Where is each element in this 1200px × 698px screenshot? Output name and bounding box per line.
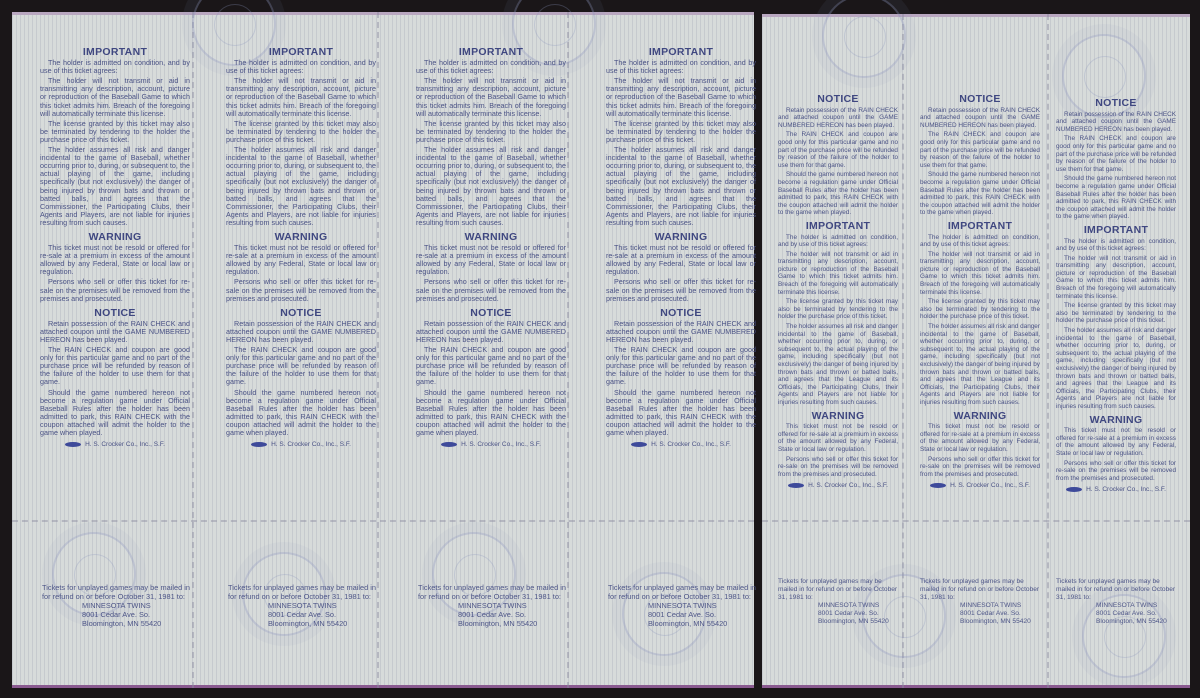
important-heading: IMPORTANT (416, 48, 566, 56)
warning-heading: WARNING (40, 233, 190, 241)
important-paragraph: The holder is admitted on condition, and… (416, 59, 566, 75)
important-section: IMPORTANT The holder is admitted on cond… (40, 48, 190, 227)
printer-imprint-text: H. S. Crocker Co., Inc., S.F. (808, 482, 888, 489)
crocker-logo-icon (65, 442, 81, 447)
printer-imprint: H. S. Crocker Co., Inc., S.F. (1056, 486, 1176, 494)
ticket-stub-text: IMPORTANT The holder is admitted on cond… (416, 46, 566, 453)
notice-paragraph: The RAIN CHECK and coupon are good only … (416, 346, 566, 386)
notice-paragraph: Should the game numbered hereon not beco… (606, 389, 756, 438)
important-paragraph: The holder will not transmit or aid in t… (606, 77, 756, 117)
warning-heading: WARNING (778, 413, 898, 421)
printer-imprint-text: H. S. Crocker Co., Inc., S.F. (950, 482, 1030, 489)
notice-heading: NOTICE (1056, 100, 1176, 108)
crocker-seal-icon (822, 0, 906, 78)
notice-paragraph: Retain possession of the RAIN CHECK and … (40, 320, 190, 344)
refund-team: MINNESOTA TWINS (228, 601, 378, 610)
crocker-logo-icon (441, 442, 457, 447)
notice-heading: NOTICE (416, 309, 566, 317)
ticket-stub-refund: Tickets for unplayed games may be mailed… (228, 583, 378, 628)
important-paragraph: The license granted by this ticket may a… (1056, 302, 1176, 325)
refund-text: Tickets for unplayed games may be mailed… (228, 583, 378, 601)
warning-heading: WARNING (416, 233, 566, 241)
warning-paragraph: This ticket must not be resold or offere… (778, 423, 898, 453)
warning-section: WARNING This ticket must not be resold o… (606, 233, 756, 303)
warning-paragraph: This ticket must not be resold or offere… (606, 244, 756, 276)
refund-notice: Tickets for unplayed games may be mailed… (608, 583, 758, 628)
notice-heading: NOTICE (778, 96, 898, 104)
important-section: IMPORTANT The holder is admitted on cond… (920, 223, 1040, 407)
notice-section: NOTICE Retain possession of the RAIN CHE… (1056, 100, 1176, 221)
refund-text: Tickets for unplayed games may be mailed… (1056, 578, 1178, 602)
refund-team: MINNESOTA TWINS (1056, 602, 1178, 610)
refund-city: Bloomington, MN 55420 (608, 619, 758, 628)
notice-paragraph: Should the game numbered hereon not beco… (226, 389, 376, 438)
notice-heading: NOTICE (606, 309, 756, 317)
important-paragraph: The holder is admitted on condition, and… (920, 234, 1040, 249)
printer-imprint-text: H. S. Crocker Co., Inc., S.F. (85, 441, 165, 448)
important-heading: IMPORTANT (778, 223, 898, 231)
notice-paragraph: Retain possession of the RAIN CHECK and … (226, 320, 376, 344)
ticket-stub-text: NOTICE Retain possession of the RAIN CHE… (778, 94, 898, 494)
important-paragraph: The license granted by this ticket may a… (416, 120, 566, 144)
warning-paragraph: This ticket must not be resold or offere… (416, 244, 566, 276)
printer-imprint-text: H. S. Crocker Co., Inc., S.F. (461, 441, 541, 448)
refund-street: 8001 Cedar Ave. So. (920, 610, 1042, 618)
important-paragraph: The holder is admitted on condition, and… (606, 59, 756, 75)
printer-imprint: H. S. Crocker Co., Inc., S.F. (778, 482, 898, 490)
perforation (762, 520, 1190, 522)
notice-paragraph: Retain possession of the RAIN CHECK and … (778, 107, 898, 130)
warning-paragraph: This ticket must not be resold or offere… (920, 423, 1040, 453)
warning-paragraph: This ticket must not be resold or offere… (40, 244, 190, 276)
refund-notice: Tickets for unplayed games may be mailed… (418, 583, 568, 628)
important-section: IMPORTANT The holder is admitted on cond… (606, 48, 756, 227)
notice-paragraph: Should the game numbered hereon not beco… (778, 171, 898, 217)
important-heading: IMPORTANT (606, 48, 756, 56)
warning-paragraph: Persons who sell or offer this ticket fo… (778, 456, 898, 479)
refund-team: MINNESOTA TWINS (418, 601, 568, 610)
warning-heading: WARNING (606, 233, 756, 241)
notice-paragraph: Should the game numbered hereon not beco… (1056, 175, 1176, 221)
notice-paragraph: Retain possession of the RAIN CHECK and … (920, 107, 1040, 130)
warning-paragraph: Persons who sell or offer this ticket fo… (226, 278, 376, 302)
important-heading: IMPORTANT (920, 223, 1040, 231)
notice-paragraph: Retain possession of the RAIN CHECK and … (1056, 111, 1176, 134)
refund-team: MINNESOTA TWINS (608, 601, 758, 610)
refund-street: 8001 Cedar Ave. So. (228, 610, 378, 619)
important-paragraph: The holder assumes all risk and danger i… (1056, 327, 1176, 411)
ticket-stub-refund: Tickets for unplayed games may be mailed… (608, 583, 758, 628)
printer-imprint: H. S. Crocker Co., Inc., S.F. (40, 441, 190, 449)
notice-paragraph: Retain possession of the RAIN CHECK and … (416, 320, 566, 344)
refund-notice: Tickets for unplayed games may be mailed… (778, 578, 900, 626)
perforation (1047, 14, 1049, 688)
important-paragraph: The holder will not transmit or aid in t… (40, 77, 190, 117)
printer-imprint: H. S. Crocker Co., Inc., S.F. (416, 441, 566, 449)
important-paragraph: The holder will not transmit or aid in t… (226, 77, 376, 117)
refund-text: Tickets for unplayed games may be mailed… (920, 578, 1042, 602)
warning-paragraph: Persons who sell or offer this ticket fo… (416, 278, 566, 302)
refund-notice: Tickets for unplayed games may be mailed… (920, 578, 1042, 626)
crocker-logo-icon (788, 483, 804, 488)
refund-street: 8001 Cedar Ave. So. (418, 610, 568, 619)
warning-paragraph: Persons who sell or offer this ticket fo… (1056, 460, 1176, 483)
important-section: IMPORTANT The holder is admitted on cond… (778, 223, 898, 407)
notice-section: NOTICE Retain possession of the RAIN CHE… (778, 96, 898, 217)
important-paragraph: The holder is admitted on condition, and… (40, 59, 190, 75)
important-paragraph: The license granted by this ticket may a… (226, 120, 376, 144)
important-paragraph: The license granted by this ticket may a… (606, 120, 756, 144)
notice-section: NOTICE Retain possession of the RAIN CHE… (606, 309, 756, 437)
printer-imprint-text: H. S. Crocker Co., Inc., S.F. (1086, 486, 1166, 493)
notice-heading: NOTICE (40, 309, 190, 317)
ticket-stub-refund: Tickets for unplayed games may be mailed… (418, 583, 568, 628)
warning-paragraph: Persons who sell or offer this ticket fo… (606, 278, 756, 302)
refund-team: MINNESOTA TWINS (778, 602, 900, 610)
important-section: IMPORTANT The holder is admitted on cond… (226, 48, 376, 227)
notice-heading: NOTICE (226, 309, 376, 317)
warning-paragraph: Persons who sell or offer this ticket fo… (40, 278, 190, 302)
warning-section: WARNING This ticket must not be resold o… (40, 233, 190, 303)
notice-section: NOTICE Retain possession of the RAIN CHE… (920, 96, 1040, 217)
refund-city: Bloomington, MN 55420 (42, 619, 192, 628)
notice-paragraph: Should the game numbered hereon not beco… (920, 171, 1040, 217)
important-paragraph: The holder assumes all risk and danger i… (40, 146, 190, 227)
important-section: IMPORTANT The holder is admitted on cond… (1056, 227, 1176, 411)
perforation (192, 12, 194, 688)
crocker-logo-icon (631, 442, 647, 447)
crocker-logo-icon (930, 483, 946, 488)
refund-team: MINNESOTA TWINS (42, 601, 192, 610)
ticket-stub-text: IMPORTANT The holder is admitted on cond… (226, 46, 376, 453)
refund-city: Bloomington, MN 55420 (228, 619, 378, 628)
printer-imprint: H. S. Crocker Co., Inc., S.F. (920, 482, 1040, 490)
important-paragraph: The holder will not transmit or aid in t… (920, 251, 1040, 297)
ticket-stub-refund: Tickets for unplayed games may be mailed… (1056, 578, 1178, 626)
printer-imprint-text: H. S. Crocker Co., Inc., S.F. (651, 441, 731, 448)
notice-paragraph: Should the game numbered hereon not beco… (416, 389, 566, 438)
refund-text: Tickets for unplayed games may be mailed… (778, 578, 900, 602)
perforation (12, 520, 754, 522)
notice-paragraph: Should the game numbered hereon not beco… (40, 389, 190, 438)
notice-section: NOTICE Retain possession of the RAIN CHE… (226, 309, 376, 437)
refund-text: Tickets for unplayed games may be mailed… (42, 583, 192, 601)
printer-imprint: H. S. Crocker Co., Inc., S.F. (606, 441, 756, 449)
refund-street: 8001 Cedar Ave. So. (778, 610, 900, 618)
ticket-stub-text: NOTICE Retain possession of the RAIN CHE… (920, 94, 1040, 494)
important-paragraph: The holder assumes all risk and danger i… (416, 146, 566, 227)
notice-paragraph: Retain possession of the RAIN CHECK and … (606, 320, 756, 344)
refund-city: Bloomington, MN 55420 (778, 618, 900, 626)
refund-street: 8001 Cedar Ave. So. (1056, 610, 1178, 618)
refund-city: Bloomington, MN 55420 (1056, 618, 1178, 626)
important-paragraph: The holder is admitted on condition, and… (1056, 238, 1176, 253)
warning-section: WARNING This ticket must not be resold o… (226, 233, 376, 303)
notice-paragraph: The RAIN CHECK and coupon are good only … (40, 346, 190, 386)
important-paragraph: The holder is admitted on condition, and… (778, 234, 898, 249)
notice-paragraph: The RAIN CHECK and coupon are good only … (226, 346, 376, 386)
crocker-logo-icon (1066, 487, 1082, 492)
warning-paragraph: Persons who sell or offer this ticket fo… (920, 456, 1040, 479)
refund-city: Bloomington, MN 55420 (418, 619, 568, 628)
notice-paragraph: The RAIN CHECK and coupon are good only … (920, 131, 1040, 169)
warning-section: WARNING This ticket must not be resold o… (920, 413, 1040, 479)
refund-team: MINNESOTA TWINS (920, 602, 1042, 610)
crocker-logo-icon (251, 442, 267, 447)
important-paragraph: The holder assumes all risk and danger i… (920, 323, 1040, 407)
notice-heading: NOTICE (920, 96, 1040, 104)
notice-paragraph: The RAIN CHECK and coupon are good only … (606, 346, 756, 386)
warning-paragraph: This ticket must not be resold or offere… (1056, 427, 1176, 457)
ticket-stub-text: NOTICE Retain possession of the RAIN CHE… (1056, 98, 1176, 498)
ticket-stub-text: IMPORTANT The holder is admitted on cond… (606, 46, 756, 453)
important-heading: IMPORTANT (40, 48, 190, 56)
notice-paragraph: The RAIN CHECK and coupon are good only … (778, 131, 898, 169)
refund-text: Tickets for unplayed games may be mailed… (608, 583, 758, 601)
notice-paragraph: The RAIN CHECK and coupon are good only … (1056, 135, 1176, 173)
important-paragraph: The holder will not transmit or aid in t… (1056, 255, 1176, 301)
important-heading: IMPORTANT (1056, 227, 1176, 235)
refund-city: Bloomington, MN 55420 (920, 618, 1042, 626)
warning-section: WARNING This ticket must not be resold o… (778, 413, 898, 479)
important-paragraph: The holder will not transmit or aid in t… (416, 77, 566, 117)
important-paragraph: The license granted by this ticket may a… (778, 298, 898, 321)
printer-imprint: H. S. Crocker Co., Inc., S.F. (226, 441, 376, 449)
refund-notice: Tickets for unplayed games may be mailed… (1056, 578, 1178, 626)
notice-section: NOTICE Retain possession of the RAIN CHE… (416, 309, 566, 437)
warning-heading: WARNING (1056, 417, 1176, 425)
important-paragraph: The holder will not transmit or aid in t… (778, 251, 898, 297)
important-section: IMPORTANT The holder is admitted on cond… (416, 48, 566, 227)
warning-paragraph: This ticket must not be resold or offere… (226, 244, 376, 276)
important-paragraph: The holder assumes all risk and danger i… (606, 146, 756, 227)
refund-text: Tickets for unplayed games may be mailed… (418, 583, 568, 601)
notice-section: NOTICE Retain possession of the RAIN CHE… (40, 309, 190, 437)
ticket-stub-refund: Tickets for unplayed games may be mailed… (920, 578, 1042, 626)
refund-street: 8001 Cedar Ave. So. (608, 610, 758, 619)
refund-notice: Tickets for unplayed games may be mailed… (228, 583, 378, 628)
important-paragraph: The license granted by this ticket may a… (920, 298, 1040, 321)
refund-street: 8001 Cedar Ave. So. (42, 610, 192, 619)
important-paragraph: The holder assumes all risk and danger i… (226, 146, 376, 227)
important-paragraph: The holder assumes all risk and danger i… (778, 323, 898, 407)
warning-heading: WARNING (226, 233, 376, 241)
ticket-stub-refund: Tickets for unplayed games may be mailed… (42, 583, 192, 628)
important-paragraph: The holder is admitted on condition, and… (226, 59, 376, 75)
ticket-stub-text: IMPORTANT The holder is admitted on cond… (40, 46, 190, 453)
important-paragraph: The license granted by this ticket may a… (40, 120, 190, 144)
refund-notice: Tickets for unplayed games may be mailed… (42, 583, 192, 628)
printer-imprint-text: H. S. Crocker Co., Inc., S.F. (271, 441, 351, 448)
warning-section: WARNING This ticket must not be resold o… (1056, 417, 1176, 483)
warning-heading: WARNING (920, 413, 1040, 421)
warning-section: WARNING This ticket must not be resold o… (416, 233, 566, 303)
ticket-stub-refund: Tickets for unplayed games may be mailed… (778, 578, 900, 626)
important-heading: IMPORTANT (226, 48, 376, 56)
